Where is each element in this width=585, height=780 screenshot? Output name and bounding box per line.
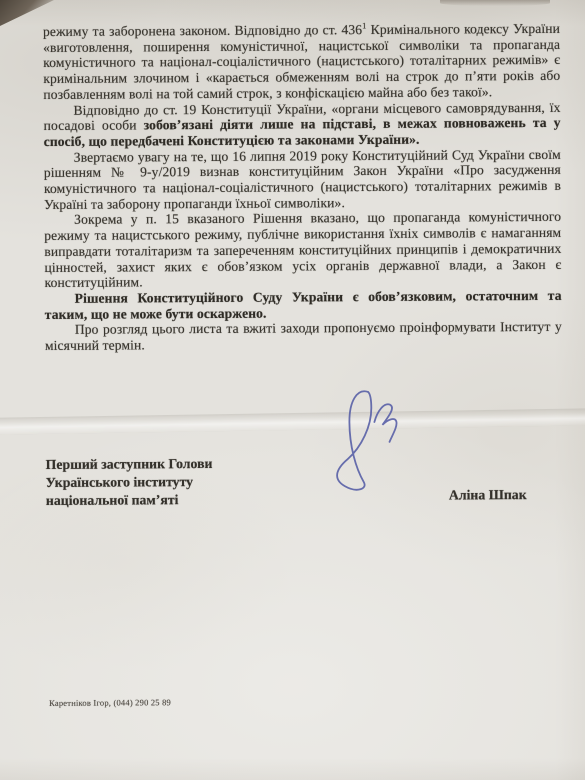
paragraph-1-text: режиму та заборонена законом. Відповідно… — [43, 22, 362, 39]
signer-title-line-3: національної пам’яті — [46, 491, 213, 510]
signer-title: Перший заступник Голови Українського інс… — [46, 455, 213, 510]
paragraph-4: Зокрема у п. 15 вказаного Рішення вказан… — [44, 209, 561, 291]
paragraph-5: Рішення Конституційного Суду України є о… — [45, 288, 562, 323]
paragraph-6: Про розгляд цього листа та вжиті заходи … — [45, 319, 562, 354]
contact-footnote: Каретніков Ігор, (044) 290 25 89 — [49, 697, 171, 708]
signature-flourish — [374, 404, 396, 442]
signature-main-loop — [337, 391, 372, 490]
paragraph-3: Звертаємо увагу на те, що 16 липня 2019 … — [44, 146, 561, 212]
photographed-letter: режиму та заборонена законом. Відповідно… — [0, 0, 585, 780]
signer-title-line-1: Перший заступник Голови — [46, 455, 213, 474]
signer-name: Аліна Шпак — [449, 487, 527, 503]
paragraph-1: режиму та заборонена законом. Відповідно… — [43, 21, 560, 103]
signer-title-line-2: Українського інституту — [46, 473, 213, 492]
letter-body: режиму та заборонена законом. Відповідно… — [43, 21, 562, 354]
paragraph-5-bold-text: Рішення Конституційного Суду України є о… — [45, 288, 562, 322]
paragraph-2: Відповідно до ст. 19 Конституції України… — [43, 99, 560, 149]
handwritten-signature — [322, 386, 415, 497]
